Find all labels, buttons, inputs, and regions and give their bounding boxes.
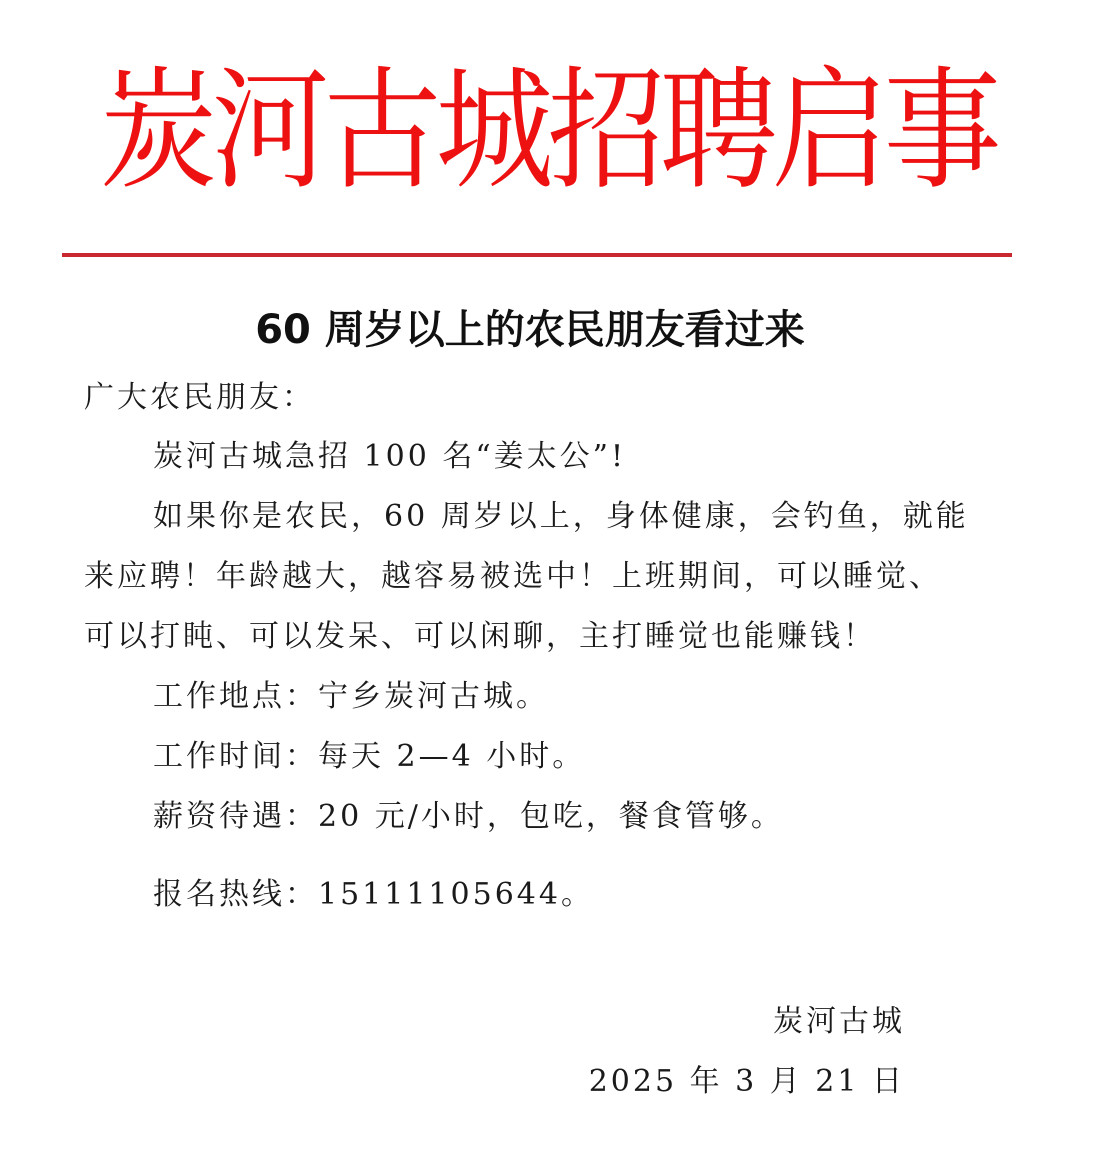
work-location: 工作地点：宁乡炭河古城。 [153,677,549,717]
paragraph-requirements-line-3: 可以打盹、可以发呆、可以闲聊，主打睡觉也能赚钱！ [84,617,876,657]
paragraph-recruit: 炭河古城急招 100 名“姜太公”! [153,437,626,477]
hotline: 报名热线：15111105644。 [153,875,594,915]
title-divider [62,253,1012,257]
work-hours: 工作时间：每天 2—4 小时。 [153,737,585,777]
signature-date: 2025 年 3 月 21 日 [589,1062,905,1102]
signature-org: 炭河古城 [773,1002,905,1042]
paragraph-requirements-line-1: 如果你是农民，60 周岁以上，身体健康，会钓鱼，就能 [153,497,969,537]
notice-title: 炭河古城招聘启事 [0,52,1095,209]
paragraph-requirements-line-2: 来应聘！年龄越大，越容易被选中！上班期间，可以睡觉、 [84,557,942,597]
salary: 薪资待遇：20 元/小时，包吃，餐食管够。 [153,797,784,837]
notice-subtitle: 60 周岁以上的农民朋友看过来 [0,300,1060,360]
salutation: 广大农民朋友： [84,378,315,418]
